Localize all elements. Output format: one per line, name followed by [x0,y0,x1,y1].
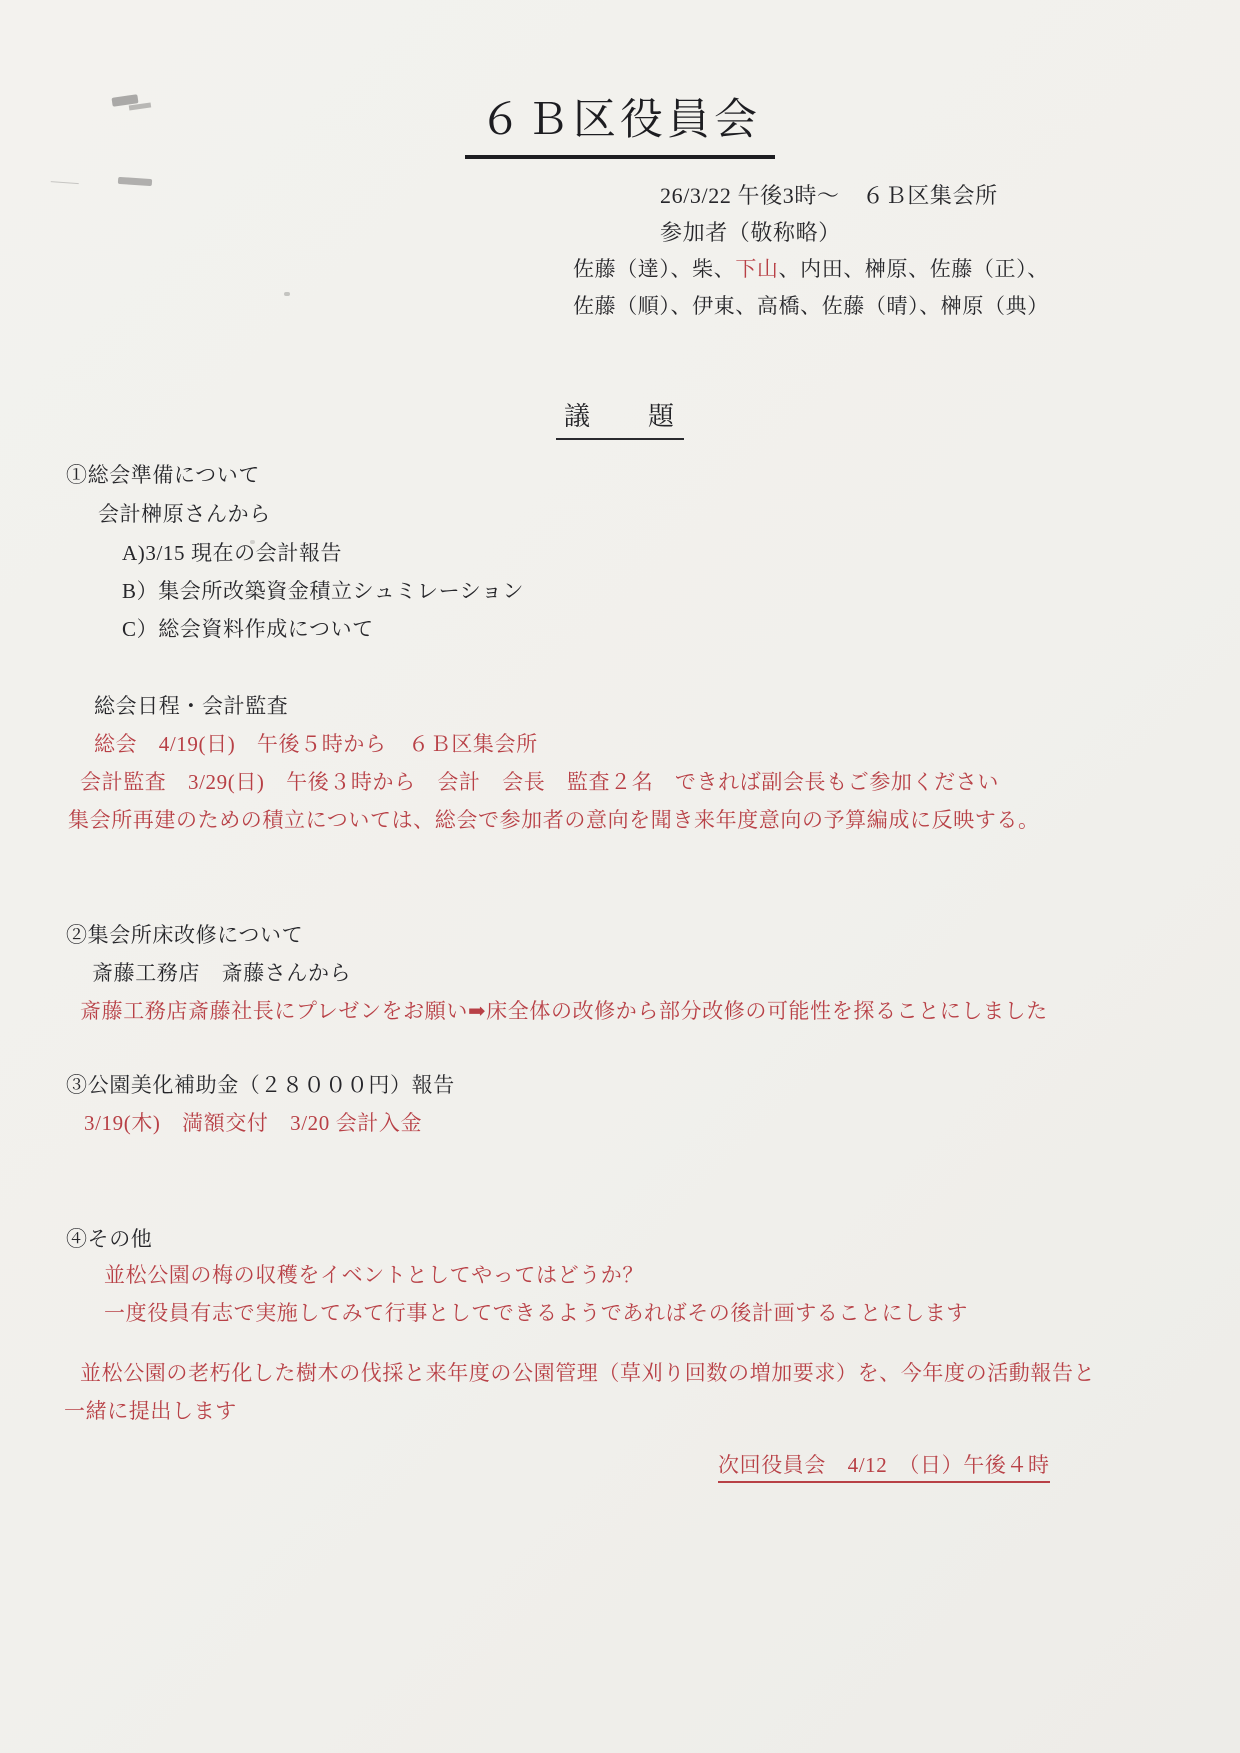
section4-note-tree-removal-line2: 一緒に提出します [64,1398,237,1424]
section1-note-audit: 会計監査 3/29(日) 午後３時から 会計 会長 監査２名 できれば副会長もご… [80,769,999,795]
section3-note-subsidy: 3/19(木) 満額交付 3/20 会計入金 [84,1110,422,1136]
scan-smudge [118,177,152,186]
next-meeting-note: 次回役員会 4/12 （日）午後４時 [718,1452,1050,1478]
section1-note-general-meeting: 総会 4/19(日) 午後５時から ６Ｂ区集会所 [94,731,538,757]
meeting-datetime-place: 26/3/22 午後3時～ ６Ｂ区集会所 [660,182,998,210]
section1-item-a: A)3/15 現在の会計報告 [122,540,342,566]
participants-row-2: 佐藤（順）、伊東、高橋、佐藤（晴）、榊原（典） [573,293,1049,319]
participant-highlighted: 下山 [735,257,778,281]
section1-subtitle: 会計榊原さんから [98,501,271,527]
page-title: ６Ｂ区役員会 [465,86,775,159]
section1-item-c: C）総会資料作成について [122,616,374,642]
document-header: ６Ｂ区役員会 [0,86,1240,159]
section2-subtitle: 斎藤工務店 斎藤さんから [92,960,351,986]
section3-title: ③公園美化補助金（２８０００円）報告 [66,1072,455,1098]
section4-note-plum-event: 並松公園の梅の収穫をイベントとしてやってはどうか？ [104,1262,644,1288]
section1-item-b: B）集会所改築資金積立シュミレーション [122,578,524,604]
section2-note-floor-renovation: 斎藤工務店斎藤社長にプレゼンをお願い➡床全体の改修から部分改修の可能性を探ること… [80,998,1048,1024]
agenda-heading: 議 題 [556,396,684,440]
participants-row-1: 佐藤（達）、柴、下山、内田、榊原、佐藤（正）、 [573,256,1049,282]
scanned-meeting-memo: ６Ｂ区役員会 26/3/22 午後3時～ ６Ｂ区集会所 参加者（敬称略） 佐藤（… [0,0,1240,1753]
scan-speck [284,292,290,296]
section4-note-tree-removal-line1: 並松公園の老朽化した樹木の伐採と来年度の公園管理（草刈り回数の増加要求）を、今年… [80,1360,1095,1386]
agenda-heading-wrap: 議 題 [0,396,1240,440]
section4-title: ④その他 [66,1226,152,1252]
section1-schedule-title: 総会日程・会計監査 [94,693,288,719]
section1-note-reserve-fund: 集会所再建のための積立については、総会で参加者の意向を聞き来年度意向の予算編成に… [68,807,1040,833]
section2-title: ②集会所床改修について [66,922,303,948]
participants-label: 参加者（敬称略） [660,219,841,247]
next-meeting-text: 次回役員会 4/12 （日）午後４時 [718,1453,1050,1483]
participants-names: 佐藤（達）、柴、 [573,257,735,281]
section1-title: ①総会準備について [66,462,260,488]
participants-names: 、内田、榊原、佐藤（正）、 [779,257,1049,281]
section4-note-trial-plan: 一度役員有志で実施してみて行事としてできるようであればその後計画することにします [104,1300,968,1326]
